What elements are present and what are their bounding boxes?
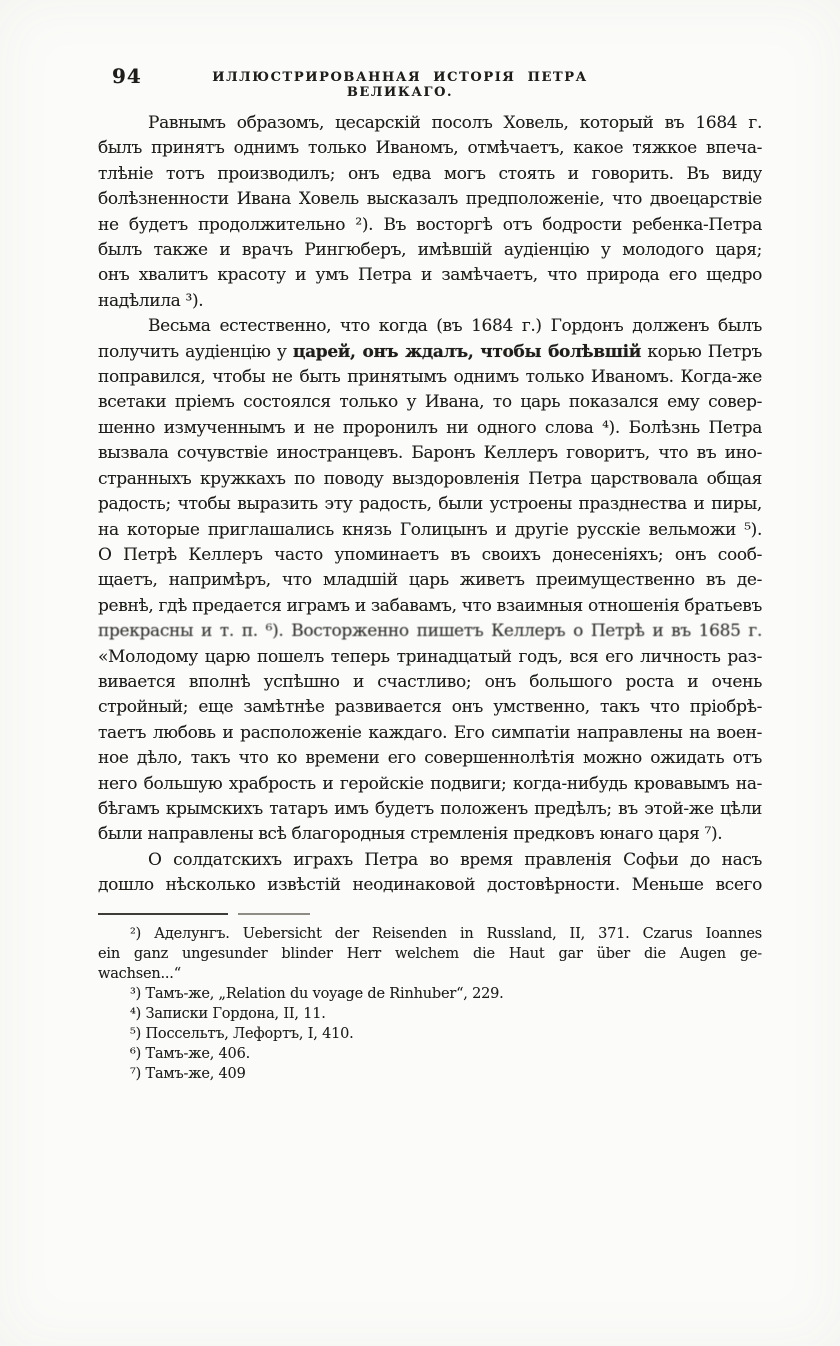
footnote-line: ein ganz ungesunder blinder Herr welchem… [98, 944, 762, 964]
footnote: ²) Аделунгъ. Uebersicht der Reisenden in… [98, 924, 762, 984]
text-line: были направлены всѣ благородныя стремлен… [98, 822, 762, 847]
text-line: былъ принятъ однимъ только Иваномъ, отмѣ… [98, 136, 762, 161]
text-line: прекрасны и т. п. ⁶). Восторженно пишетъ… [98, 619, 762, 644]
footnote-line: ²) Аделунгъ. Uebersicht der Reisenden in… [98, 924, 762, 944]
text-line: О Петрѣ Келлеръ часто упоминаетъ въ свои… [98, 543, 762, 568]
text-line: «Молодому царю пошелъ теперь тринадцатый… [98, 645, 762, 670]
text-line: радость; чтобы выразить эту радость, был… [98, 492, 762, 517]
footnotes-section: ²) Аделунгъ. Uebersicht der Reisenden in… [98, 924, 762, 1084]
text-line: всетаки пріемъ состоялся только у Ивана,… [98, 390, 762, 415]
footnote-line: ⁴) Записки Гордона, II, 11. [98, 1004, 762, 1024]
text-line: на которые приглашались князь Голицынъ и… [98, 518, 762, 543]
text-line: О солдатскихъ играхъ Петра во время прав… [98, 848, 762, 873]
footnote-line: ³) Тамъ-же, „Relation du voyage de Rinhu… [98, 984, 762, 1004]
text-line: болѣзненности Ивана Ховель высказалъ пре… [98, 187, 762, 212]
text-segment: корью Петръ [641, 342, 762, 362]
paragraph: Равнымъ образомъ, цесарскій посолъ Ховел… [98, 111, 762, 314]
text-line: ревнѣ, гдѣ предается играмъ и забавамъ, … [98, 594, 762, 619]
footnote: ⁶) Тамъ-же, 406. [98, 1044, 762, 1064]
footnote: ³) Тамъ-же, „Relation du voyage de Rinhu… [98, 984, 762, 1004]
text-line: былъ также и врачъ Рингюберъ, имѣвшій ау… [98, 238, 762, 263]
paragraph: Весьма естественно, что когда (въ 1684 г… [98, 314, 762, 848]
text-line: Равнымъ образомъ, цесарскій посолъ Ховел… [98, 111, 762, 136]
text-line: тлѣніе тотъ производилъ; онъ едва могъ с… [98, 162, 762, 187]
text-line: поправился, чтобы не быть принятымъ одни… [98, 365, 762, 390]
text-line: бѣгамъ крымскихъ татаръ имъ будетъ полож… [98, 797, 762, 822]
footnote: ⁴) Записки Гордона, II, 11. [98, 1004, 762, 1024]
page-number: 94 [112, 64, 142, 88]
book-page: 94 ИЛЛЮСТРИРОВАННАЯ ИСТОРІЯ ПЕТРА ВЕЛИКА… [0, 0, 840, 1346]
text-line: странныхъ кружкахъ по поводу выздоровлен… [98, 467, 762, 492]
text-line: онъ хвалитъ красоту и умъ Петра и замѣча… [98, 263, 762, 288]
smudged-bold-text: царей, онъ ждалъ, чтобы болѣвшій [293, 342, 641, 362]
text-line: Весьма естественно, что когда (въ 1684 г… [98, 314, 762, 339]
footnote: ⁵) Поссельтъ, Лефортъ, I, 410. [98, 1024, 762, 1044]
text-line: стройный; еще замѣтнѣе развивается онъ у… [98, 695, 762, 720]
body-text: Равнымъ образомъ, цесарскій посолъ Ховел… [98, 111, 762, 899]
text-line: шенно измученнымъ и не проронилъ ни одно… [98, 416, 762, 441]
text-line: надѣлила ³). [98, 289, 762, 314]
paragraph: О солдатскихъ играхъ Петра во время прав… [98, 848, 762, 899]
footnote-line: ⁵) Поссельтъ, Лефортъ, I, 410. [98, 1024, 762, 1044]
text-line: вивается вполнѣ успѣшно и счастливо; онъ… [98, 670, 762, 695]
text-line: ное дѣло, такъ что ко времени его соверш… [98, 746, 762, 771]
running-title: ИЛЛЮСТРИРОВАННАЯ ИСТОРІЯ ПЕТРА ВЕЛИКАГО. [190, 70, 610, 100]
text-line: вызвала сочувствіе иностранцевъ. Баронъ … [98, 441, 762, 466]
footnote-line: wachsen...“ [98, 964, 762, 984]
footnote-line: ⁶) Тамъ-же, 406. [98, 1044, 762, 1064]
footnote: ⁷) Тамъ-же, 409 [98, 1064, 762, 1084]
text-line: не будетъ продолжительно ²). Въ восторгѣ… [98, 213, 762, 238]
footnote-separator [98, 913, 310, 915]
text-line: таетъ любовь и расположеніе каждаго. Его… [98, 721, 762, 746]
footnote-line: ⁷) Тамъ-же, 409 [98, 1064, 762, 1084]
text-line: получить аудіенцію у царей, онъ ждалъ, ч… [98, 340, 762, 365]
text-line: дошло нѣсколько извѣстій неодинаковой до… [98, 873, 762, 898]
text-segment: получить аудіенцію у [98, 342, 293, 362]
text-line: него большую храбрость и геройскіе подви… [98, 772, 762, 797]
text-line: щаетъ, напримѣръ, что младшій царь живет… [98, 568, 762, 593]
